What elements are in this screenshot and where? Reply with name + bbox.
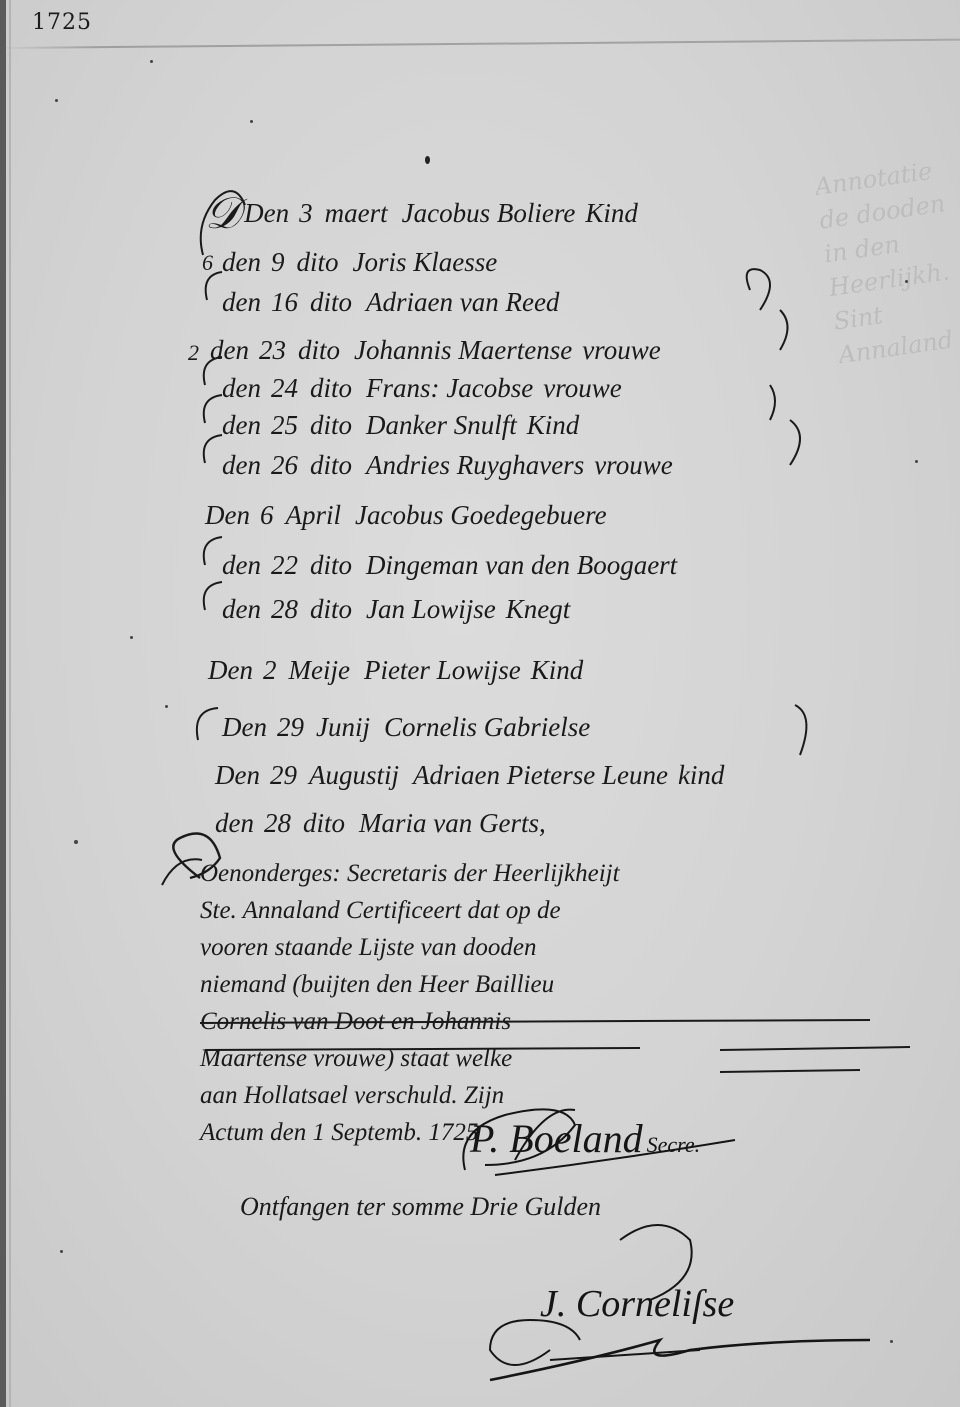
document-page: Annotatie de dooden in den Heerlijkh. Si… <box>0 0 960 1407</box>
signature-title: Secre. <box>647 1132 701 1157</box>
signature-receiver: J. Corneliſse <box>540 1282 734 1326</box>
signature-name: P. Boeland <box>470 1116 643 1161</box>
signature-secretary: P. BoelandSecre. <box>470 1115 700 1162</box>
